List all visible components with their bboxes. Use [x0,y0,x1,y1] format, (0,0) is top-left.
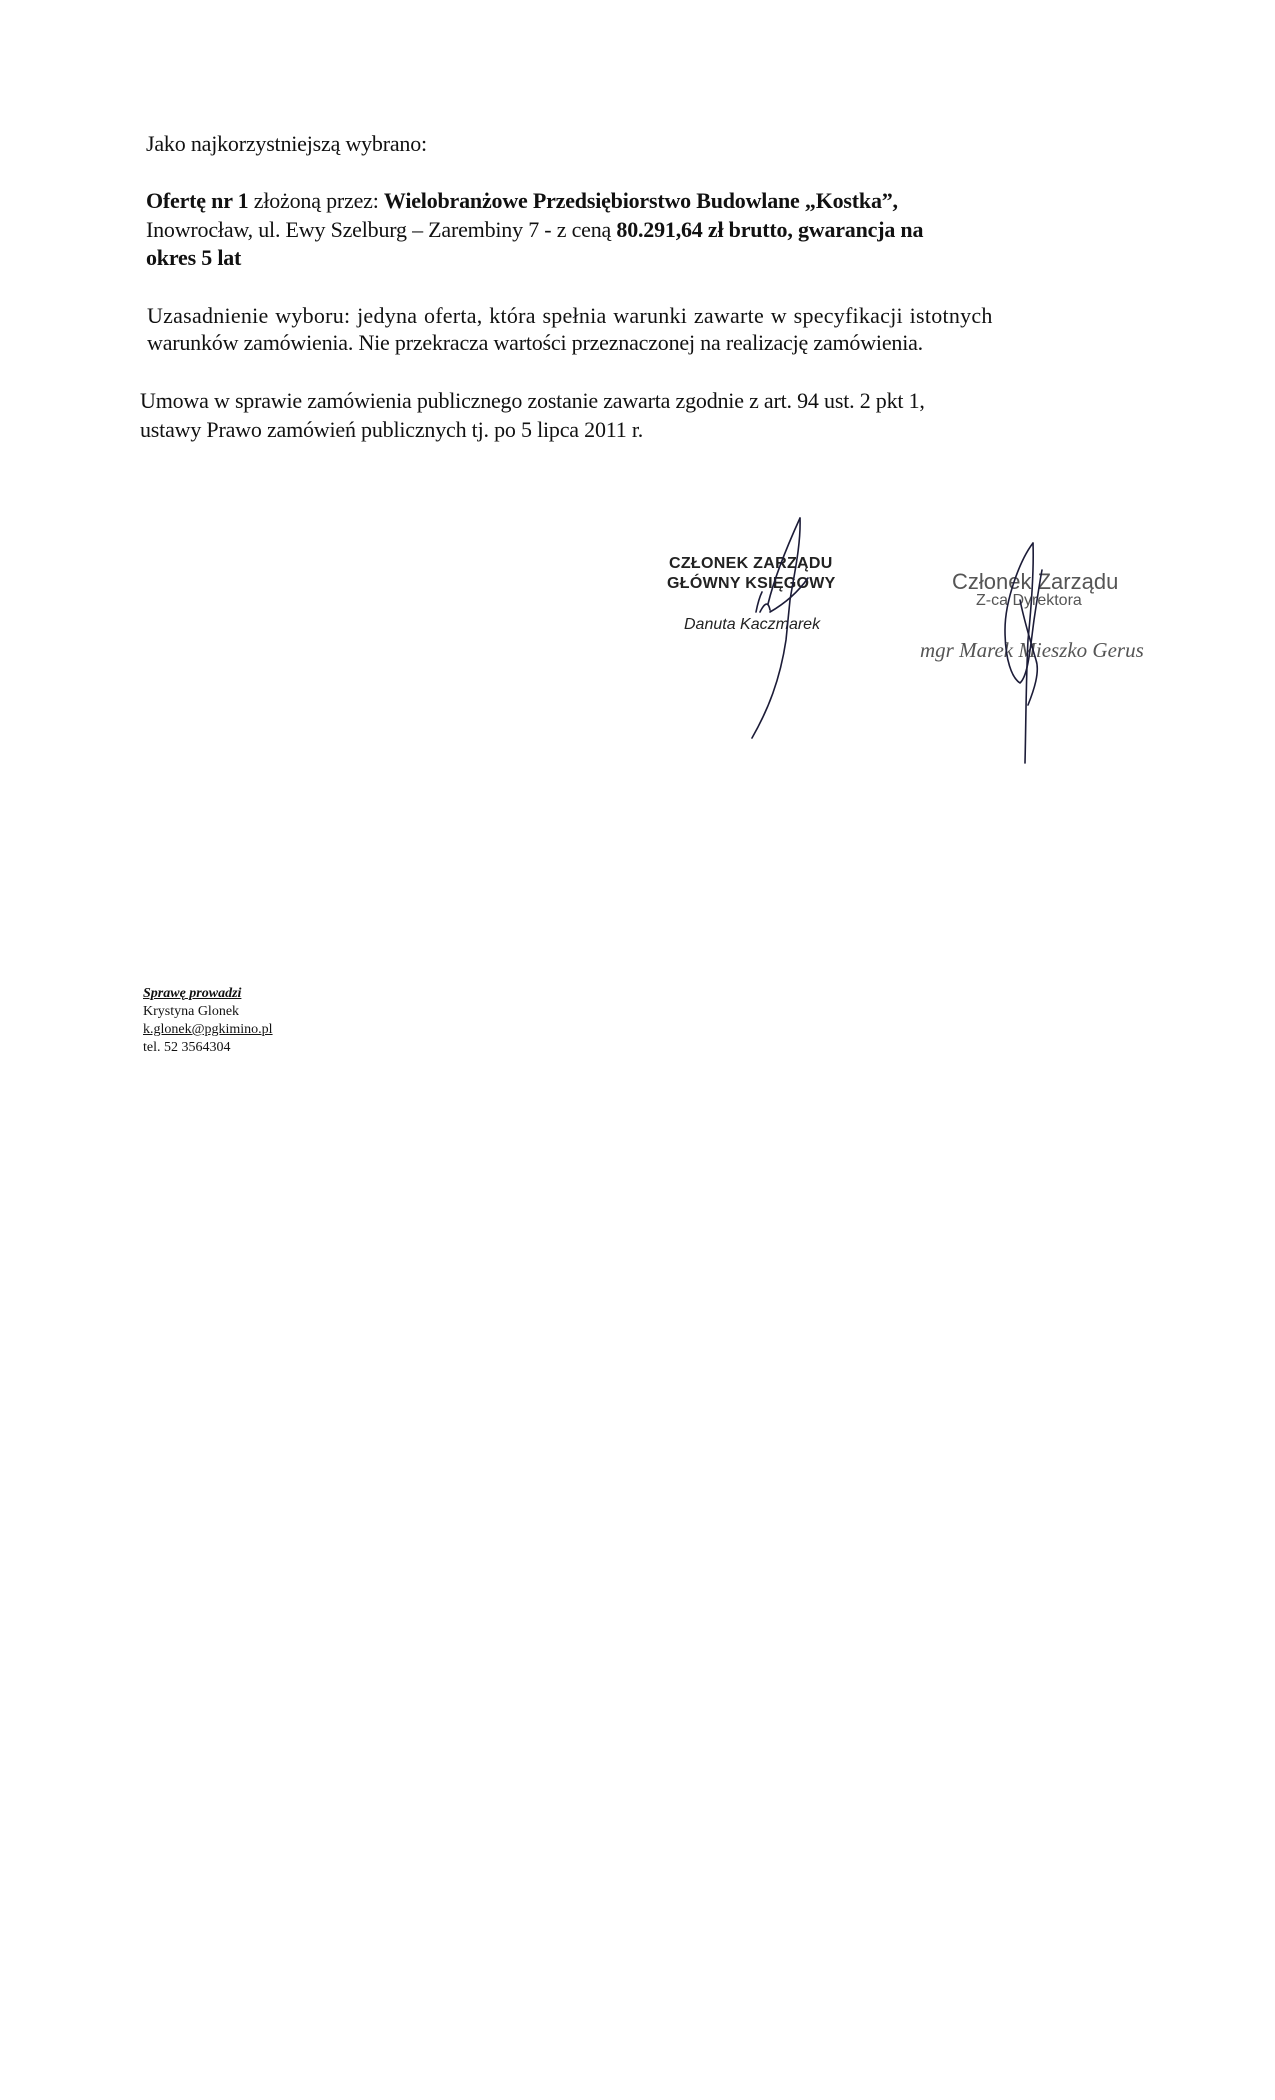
case-handler-heading: Sprawę prowadzi [143,985,273,1003]
case-handler-name: Krystyna Glonek [143,1003,273,1021]
handwritten-signature-right [0,0,1275,900]
document-page: Jako najkorzystniejszą wybrano: Ofertę n… [0,0,1275,2100]
case-handler-block: Sprawę prowadzi Krystyna Glonek k.glonek… [143,985,273,1057]
case-handler-phone: tel. 52 3564304 [143,1039,273,1057]
case-handler-email-link[interactable]: k.glonek@pgkimino.pl [143,1022,273,1037]
